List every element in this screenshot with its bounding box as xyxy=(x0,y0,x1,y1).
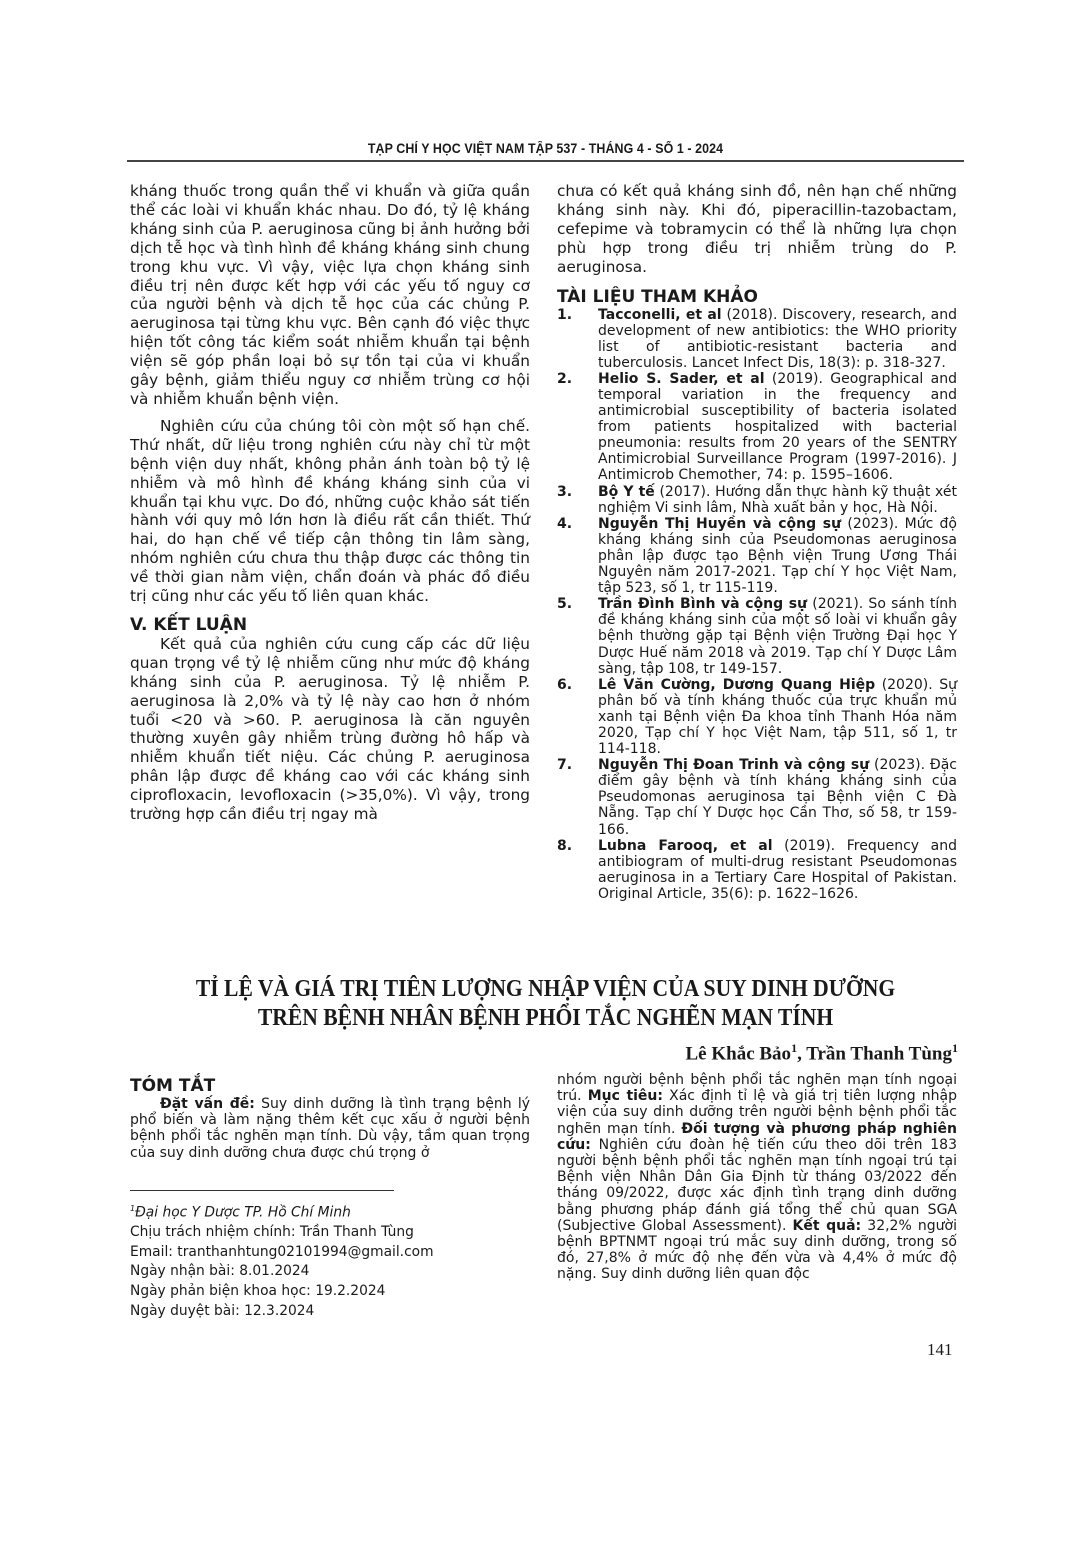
reference-number: 8. xyxy=(557,838,572,854)
date-reviewed: Ngày phản biện khoa học: 19.2.2024 xyxy=(130,1282,530,1302)
corresponding-author: Chịu trách nhiệm chính: Trần Thanh Tùng xyxy=(130,1223,530,1243)
abstract-label: Mục tiêu: xyxy=(588,1088,663,1104)
left-column: kháng thuốc trong quần thể vi khuẩn và g… xyxy=(130,182,530,824)
reference-text: (2019). Geographical and temporal variat… xyxy=(598,371,957,484)
abstract-label: Đặt vấn đề: xyxy=(160,1096,255,1112)
right-column: chưa có kết quả kháng sinh đồ, nên hạn c… xyxy=(557,182,957,902)
article-title-line: TRÊN BỆNH NHÂN BỆNH PHỔI TẮC NGHẼN MẠN T… xyxy=(169,1004,922,1033)
paragraph: kháng thuốc trong quần thể vi khuẩn và g… xyxy=(130,182,530,409)
reference-item: 4.Nguyễn Thị Huyền và cộng sự (2023). Mứ… xyxy=(557,516,957,596)
author-affiliation-mark: 1 xyxy=(952,1041,958,1055)
author-line: Lê Khắc Bảo1, Trần Thanh Tùng1 xyxy=(686,1041,959,1065)
reference-item: 5.Trần Đình Bình và cộng sự (2021). So s… xyxy=(557,596,957,676)
reference-authors: Bộ Y tế xyxy=(598,484,655,500)
reference-number: 3. xyxy=(557,484,572,500)
affiliation: 1Đại học Y Dược TP. Hồ Chí Minh xyxy=(130,1199,530,1223)
abstract-paragraph: nhóm người bệnh bệnh phổi tắc nghẽn mạn … xyxy=(557,1072,957,1283)
reference-item: 6.Lê Văn Cường, Dương Quang Hiệp (2020).… xyxy=(557,677,957,757)
date-received: Ngày nhận bài: 8.01.2024 xyxy=(130,1262,530,1282)
article-title-line: TỈ LỆ VÀ GIÁ TRỊ TIÊN LƯỢNG NHẬP VIỆN CỦ… xyxy=(169,975,922,1004)
reference-authors: Lê Văn Cường, Dương Quang Hiệp xyxy=(598,677,875,693)
author-name: Trần Thanh Tùng xyxy=(806,1043,952,1064)
reference-authors: Helio S. Sader, et al xyxy=(598,371,765,387)
journal-page: TẠP CHÍ Y HỌC VIỆT NAM TẬP 537 - THÁNG 4… xyxy=(0,0,1090,1541)
reference-item: 7.Nguyễn Thị Đoan Trinh và cộng sự (2023… xyxy=(557,757,957,837)
footnote: 1Đại học Y Dược TP. Hồ Chí Minh Chịu trá… xyxy=(130,1199,530,1321)
reference-item: 3.Bộ Y tế (2017). Hướng dẫn thực hành kỹ… xyxy=(557,484,957,516)
reference-authors: Lubna Farooq, et al xyxy=(598,838,773,854)
abstract-heading: TÓM TẮT xyxy=(130,1076,530,1096)
author-name: Lê Khắc Bảo xyxy=(686,1043,792,1064)
section-heading-conclusion: V. KẾT LUẬN xyxy=(130,615,530,635)
reference-authors: Nguyễn Thị Đoan Trinh và cộng sự xyxy=(598,757,869,773)
abstract-right: nhóm người bệnh bệnh phổi tắc nghẽn mạn … xyxy=(557,1072,957,1283)
paragraph: Kết quả của nghiên cứu cung cấp các dữ l… xyxy=(130,635,530,824)
reference-item: 1.Tacconelli, et al (2018). Discovery, r… xyxy=(557,307,957,371)
reference-number: 7. xyxy=(557,757,572,773)
abstract-left: TÓM TẮT Đặt vấn đề: Suy dinh dưỡng là tì… xyxy=(130,1076,530,1161)
reference-item: 8.Lubna Farooq, et al (2019). Frequency … xyxy=(557,838,957,902)
abstract-paragraph: Đặt vấn đề: Suy dinh dưỡng là tình trạng… xyxy=(130,1096,530,1161)
reference-number: 2. xyxy=(557,371,572,387)
date-accepted: Ngày duyệt bài: 12.3.2024 xyxy=(130,1302,530,1322)
reference-authors: Trần Đình Bình và cộng sự xyxy=(598,596,807,612)
reference-number: 1. xyxy=(557,307,572,323)
reference-number: 5. xyxy=(557,596,572,612)
reference-number: 4. xyxy=(557,516,572,532)
reference-list: 1.Tacconelli, et al (2018). Discovery, r… xyxy=(557,307,957,902)
affiliation-text: Đại học Y Dược TP. Hồ Chí Minh xyxy=(135,1205,351,1221)
reference-authors: Tacconelli, et al xyxy=(598,307,722,323)
footnote-rule xyxy=(130,1190,394,1191)
article-title: TỈ LỆ VÀ GIÁ TRỊ TIÊN LƯỢNG NHẬP VIỆN CỦ… xyxy=(169,975,922,1033)
page-number: 141 xyxy=(927,1340,953,1360)
email: Email: tranthanhtung02101994@gmail.com xyxy=(130,1243,530,1263)
header-rule xyxy=(127,160,964,162)
abstract-label: Kết quả: xyxy=(793,1218,862,1234)
paragraph: Nghiên cứu của chúng tôi còn một số hạn … xyxy=(130,417,530,606)
reference-number: 6. xyxy=(557,677,572,693)
references-heading: TÀI LIỆU THAM KHẢO xyxy=(557,287,957,307)
reference-item: 2.Helio S. Sader, et al (2019). Geograph… xyxy=(557,371,957,484)
author-separator: , xyxy=(797,1043,806,1064)
reference-authors: Nguyễn Thị Huyền và cộng sự xyxy=(598,516,841,532)
paragraph: chưa có kết quả kháng sinh đồ, nên hạn c… xyxy=(557,182,957,277)
running-head: TẠP CHÍ Y HỌC VIỆT NAM TẬP 537 - THÁNG 4… xyxy=(160,141,930,156)
